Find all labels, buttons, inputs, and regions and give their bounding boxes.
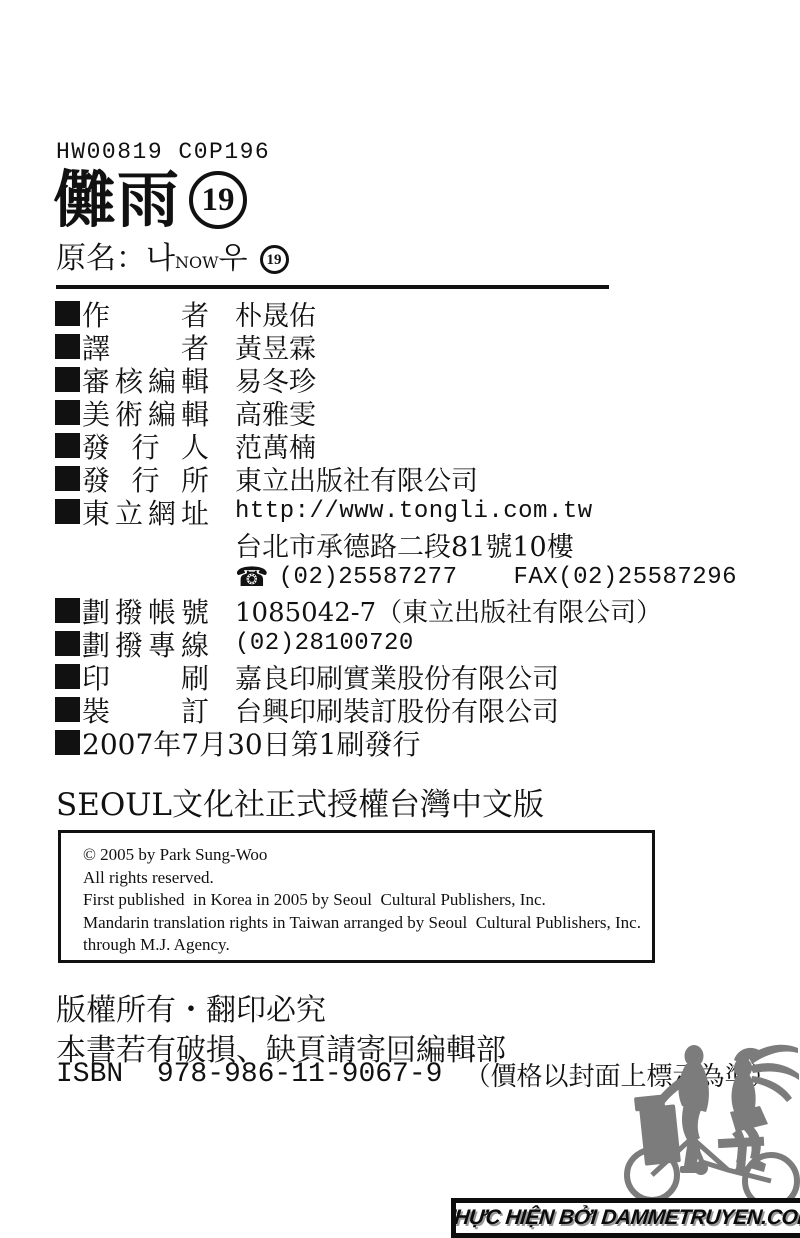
volume-number: 19 <box>202 182 235 219</box>
square-bullet-icon <box>55 466 80 491</box>
book-title-row: 儺雨 19 <box>53 164 247 236</box>
book-title: 儺雨 <box>53 164 181 236</box>
info-value: 東立出版社有限公司 <box>235 459 478 498</box>
info-row-publisher-person: 發行人 范萬楠 <box>55 429 775 462</box>
info-row-binding: 裝訂 台興印刷裝訂股份有限公司 <box>55 693 775 726</box>
square-bullet-icon <box>55 499 80 524</box>
square-bullet-icon <box>55 301 80 326</box>
issue-date: 2007年7月30日第1刷發行 <box>82 723 421 763</box>
info-row-website: 東立網址 http://www.tongli.com.tw <box>55 495 775 528</box>
publication-info-list: 作者 朴晟佑 譯者 黃昱霖 審核編輯 易冬珍 美術編輯 高雅雯 發行人 范萬楠 … <box>55 297 775 759</box>
telephone-icon: ☎ <box>235 564 269 591</box>
product-code: HW00819 C0P196 <box>56 139 270 165</box>
square-bullet-icon <box>55 730 80 755</box>
square-bullet-icon <box>55 598 80 623</box>
info-row-publisher-company: 發行所 東立出版社有限公司 <box>55 462 775 495</box>
license-statement: SEOUL文化社正式授權台灣中文版 <box>56 779 544 824</box>
original-volume-badge: 19 <box>260 245 289 274</box>
bicycle-couple-silhouette <box>600 1040 800 1210</box>
info-row-review-editor: 審核編輯 易冬珍 <box>55 363 775 396</box>
copyright-line: All rights reserved. <box>83 867 644 890</box>
info-row-phone: ☎ (02)25587277 FAX(02)25587296 <box>55 561 775 594</box>
volume-badge: 19 <box>189 171 247 229</box>
credit-footer-inner: THỰC HIỆN BỞI DAMMETRUYEN.COM <box>456 1203 800 1233</box>
copyright-box: © 2005 by Park Sung-Woo All rights reser… <box>58 830 655 963</box>
colophon-page: HW00819 C0P196 儺雨 19 原名： 나 NOW 우 19 作者 朴… <box>0 0 800 1238</box>
website-url: http://www.tongli.com.tw <box>235 498 593 525</box>
info-row-translator: 譯者 黃昱霖 <box>55 330 775 363</box>
info-row-postal-line: 劃撥專線 (02)28100720 <box>55 627 775 660</box>
square-bullet-icon <box>55 367 80 392</box>
original-title-korean-2: 우 <box>219 241 248 277</box>
publisher-address: 台北市承德路二段81號10樓 <box>235 525 574 564</box>
phone-number: (02)25587277 <box>279 564 458 591</box>
credit-text: THỰC HIỆN BỞI DAMMETRUYEN.COM <box>456 1206 800 1230</box>
isbn-number: ISBN 978-986-11-9067-9 <box>56 1059 442 1090</box>
square-bullet-icon <box>55 433 80 458</box>
fax-number: FAX(02)25587296 <box>513 564 737 591</box>
square-bullet-icon <box>55 400 80 425</box>
copyright-line: Mandarin translation rights in Taiwan ar… <box>83 912 644 935</box>
info-value: 1085042-7（東立出版社有限公司） <box>235 592 662 629</box>
info-row-author: 作者 朴晟佑 <box>55 297 775 330</box>
copyright-line: © 2005 by Park Sung-Woo <box>83 844 644 867</box>
original-volume-number: 19 <box>267 242 282 278</box>
divider-line <box>56 285 609 289</box>
square-bullet-icon <box>55 697 80 722</box>
info-row-art-editor: 美術編輯 高雅雯 <box>55 396 775 429</box>
info-value: (02)28100720 <box>235 630 414 657</box>
square-bullet-icon <box>55 631 80 656</box>
original-title-latin: NOW <box>175 249 219 277</box>
info-row-address: 台北市承德路二段81號10樓 <box>55 528 775 561</box>
info-row-printer: 印刷 嘉良印刷實業股份有限公司 <box>55 660 775 693</box>
credit-footer-bar: THỰC HIỆN BỞI DAMMETRUYEN.COM <box>451 1198 800 1238</box>
copyright-line: through M.J. Agency. <box>83 934 644 957</box>
original-title-korean-1: 나 <box>146 241 175 277</box>
rights-notice: 版權所有・翻印必究 <box>56 985 326 1029</box>
original-title-line: 原名： 나 NOW 우 19 <box>56 241 289 277</box>
square-bullet-icon <box>55 334 80 359</box>
info-row-postal-account: 劃撥帳號 1085042-7（東立出版社有限公司） <box>55 594 775 627</box>
square-bullet-icon <box>55 664 80 689</box>
copyright-line: First published in Korea in 2005 by Seou… <box>83 889 644 912</box>
info-row-issue-date: 2007年7月30日第1刷發行 <box>55 726 775 759</box>
info-label: 東立網址 <box>82 492 209 532</box>
original-title-label: 原名： <box>56 241 146 277</box>
